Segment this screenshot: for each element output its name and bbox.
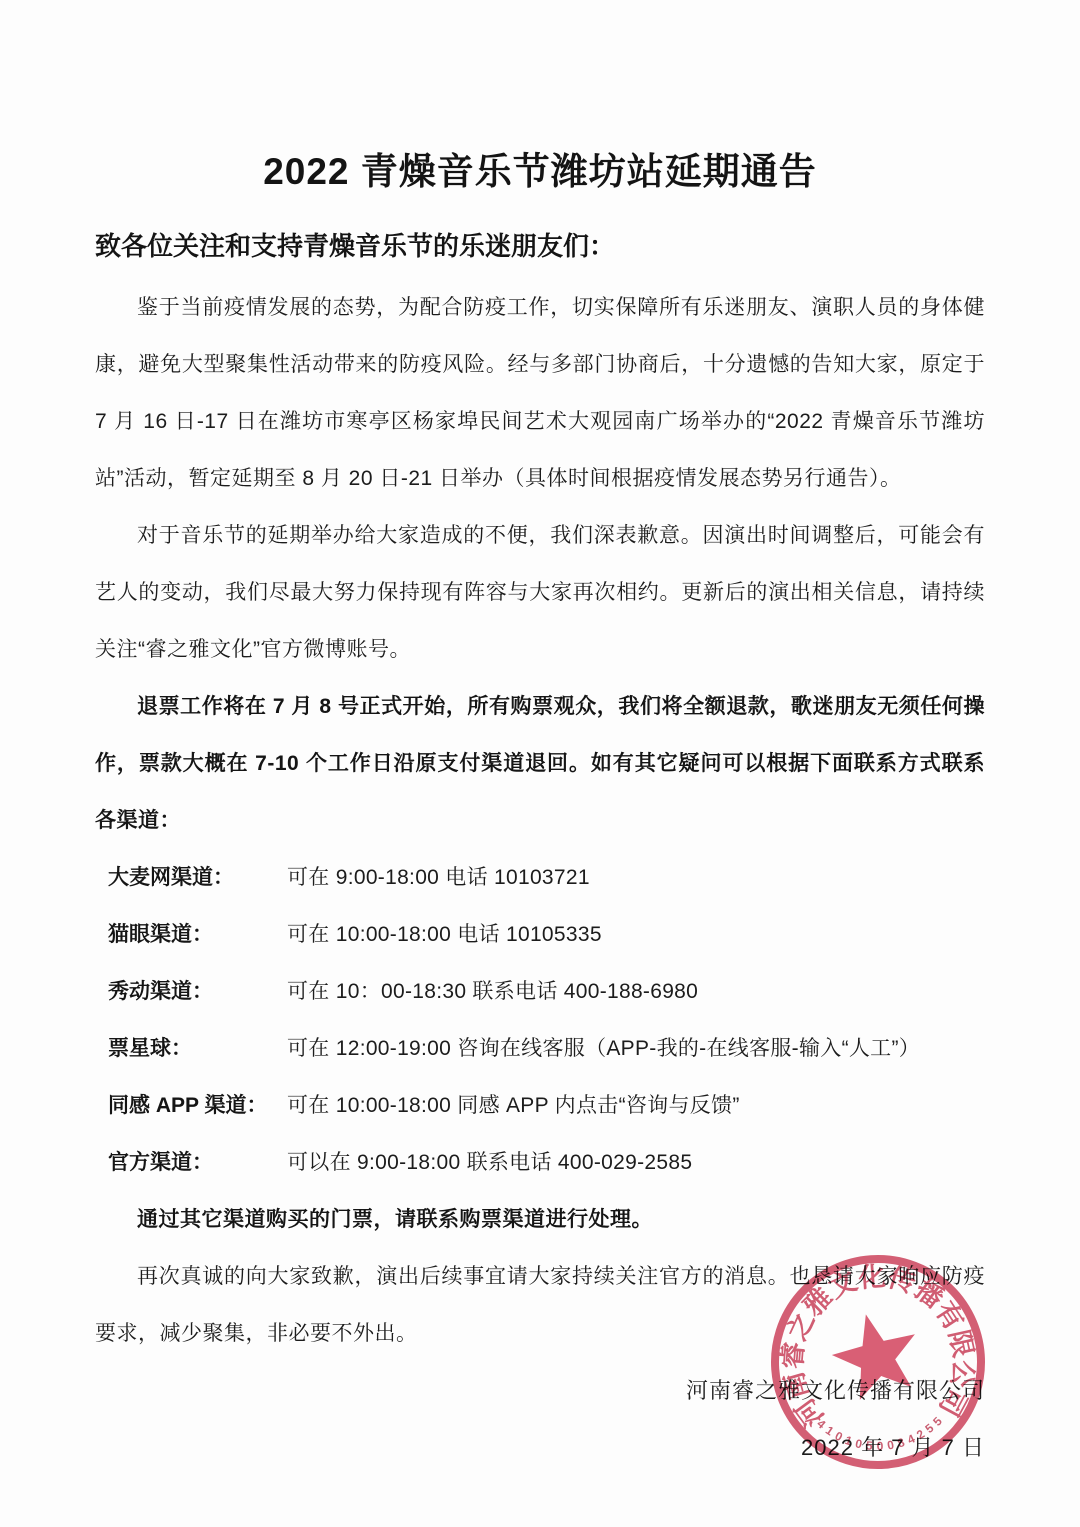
channel-contact: 可在 10：00-18:30 联系电话 400-188-6980: [287, 980, 698, 1003]
paragraph-closing: 再次真诚的向大家致歉，演出后续事宜请大家持续关注官方的消息。也恳请大家响应防疫要…: [95, 1248, 985, 1362]
channel-label: 猫眼渠道：: [108, 906, 287, 963]
channel-label: 同感 APP 渠道：: [108, 1077, 287, 1134]
channel-contact: 可在 9:00-18:00 电话 10103721: [287, 866, 590, 889]
signature-company: 河南睿之雅文化传播有限公司: [95, 1362, 985, 1419]
channel-row-official: 官方渠道：可以在 9:00-18:00 联系电话 400-029-2585: [95, 1134, 985, 1191]
channel-contact: 可在 12:00-19:00 咨询在线客服（APP-我的-在线客服-输入“人工”…: [287, 1037, 920, 1060]
channel-contact: 可在 10:00-18:00 电话 10105335: [287, 923, 602, 946]
channel-row-piaoxingqiu: 票星球：可在 12:00-19:00 咨询在线客服（APP-我的-在线客服-输入…: [95, 1020, 985, 1077]
signature-date: 2022 年 7 月 7 日: [95, 1419, 985, 1476]
refund-channel-list: 大麦网渠道：可在 9:00-18:00 电话 10103721 猫眼渠道：可在 …: [95, 849, 985, 1191]
paragraph-refund-policy: 退票工作将在 7 月 8 号正式开始，所有购票观众，我们将全额退款，歌迷朋友无须…: [95, 678, 985, 849]
document-title: 2022 青燥音乐节潍坊站延期通告: [95, 148, 985, 196]
salutation: 致各位关注和支持青燥音乐节的乐迷朋友们：: [95, 228, 985, 264]
channel-row-damai: 大麦网渠道：可在 9:00-18:00 电话 10103721: [95, 849, 985, 906]
channel-row-maoyan: 猫眼渠道：可在 10:00-18:00 电话 10105335: [95, 906, 985, 963]
notice-document: 2022 青燥音乐节潍坊站延期通告 致各位关注和支持青燥音乐节的乐迷朋友们： 鉴…: [0, 0, 1080, 1527]
channel-row-tonggan-app: 同感 APP 渠道：可在 10:00-18:00 同感 APP 内点击“咨询与反…: [95, 1077, 985, 1134]
paragraph-apology: 对于音乐节的延期举办给大家造成的不便，我们深表歉意。因演出时间调整后，可能会有艺…: [95, 507, 985, 678]
channel-label: 大麦网渠道：: [108, 849, 287, 906]
paragraph-other-channels: 通过其它渠道购买的门票，请联系购票渠道进行处理。: [95, 1191, 985, 1248]
channel-label: 票星球：: [108, 1020, 287, 1077]
channel-contact: 可以在 9:00-18:00 联系电话 400-029-2585: [287, 1151, 692, 1174]
channel-label: 秀动渠道：: [108, 963, 287, 1020]
paragraph-postponement: 鉴于当前疫情发展的态势，为配合防疫工作，切实保障所有乐迷朋友、演职人员的身体健康…: [95, 279, 985, 507]
channel-row-xiudong: 秀动渠道：可在 10：00-18:30 联系电话 400-188-6980: [95, 963, 985, 1020]
channel-contact: 可在 10:00-18:00 同感 APP 内点击“咨询与反馈”: [287, 1094, 740, 1117]
channel-label: 官方渠道：: [108, 1134, 287, 1191]
